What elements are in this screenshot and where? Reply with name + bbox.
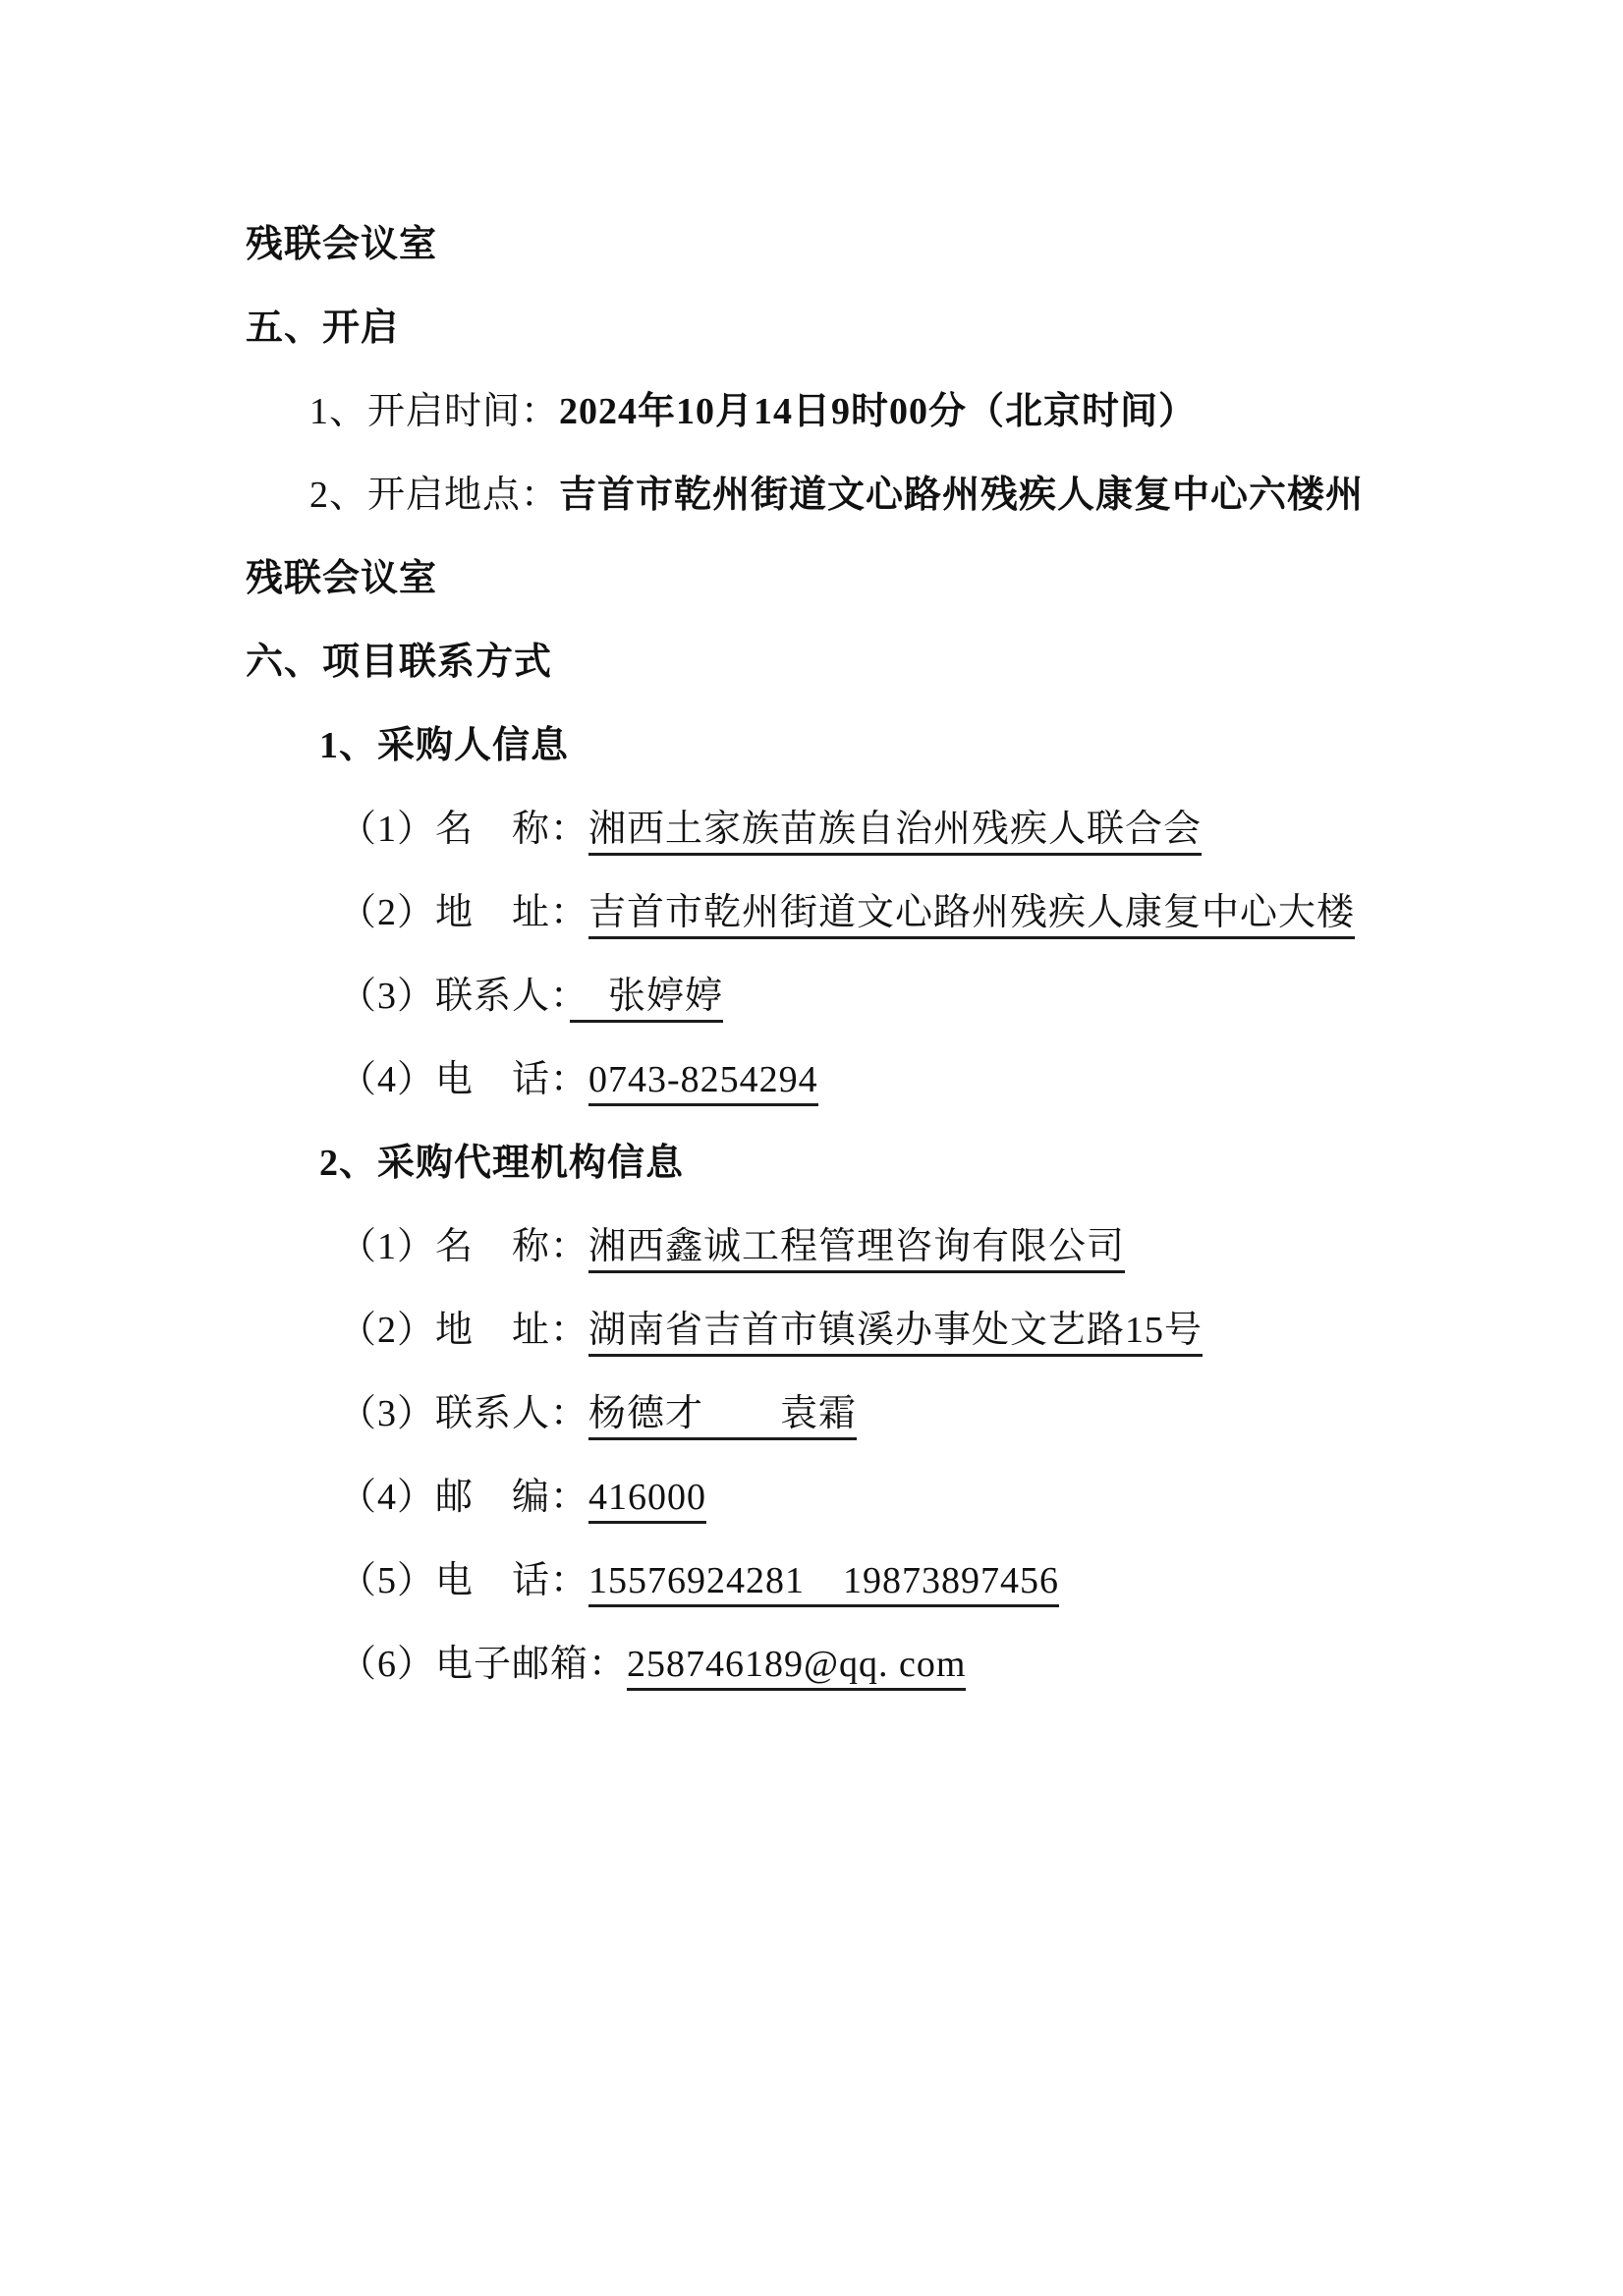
purchaser-contact-line-value: 张婷婷	[570, 976, 723, 1023]
purchaser-info-heading-label: 1、采购人信息	[319, 725, 569, 766]
open-location-line-label: 2、开启地点：	[309, 475, 559, 516]
document-body: 残联会议室五、开启1、开启时间：2024年10月14日9时00分（北京时间）2、…	[246, 203, 1417, 1707]
continuation-meeting-room-top-label: 残联会议室	[246, 224, 437, 265]
heading-section-6-contact-info: 六、项目联系方式	[246, 621, 1417, 704]
purchaser-info-heading: 1、采购人信息	[319, 704, 1417, 788]
open-location-continuation-label: 残联会议室	[246, 558, 437, 599]
continuation-meeting-room-top: 残联会议室	[246, 203, 1417, 287]
purchaser-name-line: （1）名 称：湘西土家族苗族自治州残疾人联合会	[339, 788, 1417, 871]
heading-section-5-open: 五、开启	[246, 287, 1417, 370]
agency-address-line-label: （2）地 址：	[339, 1310, 588, 1351]
agency-info-heading-label: 2、采购代理机构信息	[319, 1143, 684, 1184]
agency-postcode-line-value: 416000	[588, 1477, 706, 1524]
purchaser-contact-line: （3）联系人： 张婷婷	[339, 955, 1417, 1038]
agency-email-line-label: （6）电子邮箱：	[339, 1644, 627, 1685]
agency-name-line-label: （1）名 称：	[339, 1226, 588, 1267]
agency-postcode-line-label: （4）邮 编：	[339, 1477, 588, 1518]
purchaser-name-line-label: （1）名 称：	[339, 809, 588, 850]
agency-contact-line-label: （3）联系人：	[339, 1393, 588, 1434]
agency-info-heading: 2、采购代理机构信息	[319, 1122, 1417, 1205]
heading-section-6-contact-info-label: 六、项目联系方式	[246, 642, 552, 683]
purchaser-phone-line-value: 0743-8254294	[588, 1059, 818, 1106]
purchaser-phone-line: （4）电 话：0743-8254294	[339, 1038, 1417, 1122]
agency-address-line-value: 湖南省吉首市镇溪办事处文艺路15号	[588, 1310, 1203, 1357]
open-time-line-text: 2024年10月14日9时00分（北京时间）	[559, 391, 1197, 432]
open-location-line-text: 吉首市乾州街道文心路州残疾人康复中心六楼州	[559, 475, 1364, 516]
purchaser-phone-line-label: （4）电 话：	[339, 1059, 588, 1100]
purchaser-address-line-value: 吉首市乾州街道文心路州残疾人康复中心大楼	[588, 892, 1355, 939]
document-page: 残联会议室五、开启1、开启时间：2024年10月14日9时00分（北京时间）2、…	[0, 0, 1623, 2296]
agency-contact-line-value: 杨德才 袁霜	[588, 1393, 857, 1440]
agency-email-line-value: 258746189@qq. com	[627, 1644, 966, 1691]
agency-name-line-value: 湘西鑫诚工程管理咨询有限公司	[588, 1226, 1125, 1273]
agency-name-line: （1）名 称：湘西鑫诚工程管理咨询有限公司	[339, 1205, 1417, 1289]
agency-phone-line-label: （5）电 话：	[339, 1560, 588, 1601]
agency-address-line: （2）地 址：湖南省吉首市镇溪办事处文艺路15号	[339, 1289, 1417, 1372]
agency-postcode-line: （4）邮 编：416000	[339, 1456, 1417, 1540]
purchaser-address-line-label: （2）地 址：	[339, 892, 588, 933]
open-location-continuation: 残联会议室	[246, 537, 1417, 621]
purchaser-address-line: （2）地 址：吉首市乾州街道文心路州残疾人康复中心大楼	[339, 871, 1417, 955]
open-time-line: 1、开启时间：2024年10月14日9时00分（北京时间）	[309, 370, 1417, 454]
purchaser-contact-line-label: （3）联系人：	[339, 976, 570, 1017]
open-time-line-label: 1、开启时间：	[309, 391, 559, 432]
open-location-line: 2、开启地点：吉首市乾州街道文心路州残疾人康复中心六楼州	[309, 454, 1417, 537]
agency-contact-line: （3）联系人：杨德才 袁霜	[339, 1372, 1417, 1456]
agency-phone-line-value: 15576924281 19873897456	[588, 1560, 1059, 1607]
agency-phone-line: （5）电 话：15576924281 19873897456	[339, 1540, 1417, 1623]
heading-section-5-open-label: 五、开启	[246, 308, 399, 349]
purchaser-name-line-value: 湘西土家族苗族自治州残疾人联合会	[588, 809, 1202, 856]
agency-email-line: （6）电子邮箱：258746189@qq. com	[339, 1623, 1417, 1707]
